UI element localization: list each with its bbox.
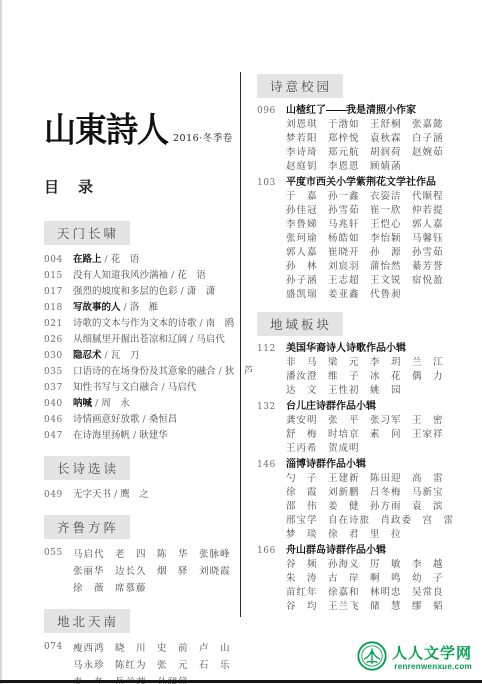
page-number: 103 [257,176,279,190]
separator: / [133,428,136,443]
page-number: 047 [44,429,65,444]
toc-entry: 040 呐喊 / 周 永 [44,396,240,412]
toc-entry: 004 在路上 / 花 语 [44,252,240,268]
toc-entry: 015 没有人知道我风沙满袖 / 花 语 [44,268,240,284]
author-row: 瘦西鸿 晓 川 史 前 卢 山 [73,640,231,657]
page-number: 030 [44,349,65,364]
page-number: 096 [257,104,279,118]
entry-title: 在诗海里扬帆 [73,428,130,443]
page-number: 146 [257,458,279,472]
author-row: 潘汝澄 维 子 冰 花 偶 力 [286,370,471,384]
author-row: 邢宝学 自在诗旅 肖政委 宫 雷 [286,514,471,528]
toc-entry: 132 台儿庄诗群作品小辑 [257,400,471,414]
toc-entry: 018 写故事的人 / 洛 雁 [44,300,240,316]
entry-title: 口语诗的在场身份及其意象的融合 [73,364,216,379]
author-group: 055 马启代 老 四 陈 华 张脉峰 张丽华 边长久 烟 驿 刘晓霞 徐 薇 … [44,546,240,597]
author-row: 张丽华 边长久 烟 驿 刘晓霞 [73,563,231,580]
section-header-changshi-xuandu: 长诗选读 [44,456,130,480]
entry-title: 诗歌的文本与作为文本的诗歌 [73,316,197,331]
page-number: 132 [257,400,279,414]
author-row: 邵 伟 姜 健 孙方雨 袁 滨 [286,500,471,514]
page-number: 166 [257,544,279,558]
author-row: 龚安明 张 平 张习军 王 密 [286,414,471,428]
section-header-qilu-fangzhen: 齐鲁方阵 [44,515,130,539]
author-rows: 刘恩琪 于渤如 王舒桐 张嘉懿 梦若阳 郑梓悦 袁秋霖 白子涵 李诗琦 郑元航 … [286,118,471,174]
entry-title: 舟山群岛诗群作品小辑 [286,544,386,558]
section-header-diyu-bankuai: 地域板块 [257,312,343,336]
toc-entry: 166 舟山群岛诗群作品小辑 [257,544,471,558]
author-row: 非 马 梁 元 李 玥 兰 江 [286,356,471,370]
entry-title: 没有人知道我风沙满袖 [73,268,168,283]
page-number: 046 [44,413,65,428]
author-row: 张珂瑜 杨皓如 李怡颖 马馨钰 [286,232,471,246]
entry-author: 南 鸥 [206,316,235,331]
section-header-tianmen-changxiao: 天门长啸 [44,221,130,245]
author-row: 马启代 老 四 陈 华 张脉峰 [73,546,231,563]
separator: / [105,252,108,267]
entry-author: 马启代 [196,332,225,347]
author-group: 074 瘦西鸿 晓 川 史 前 卢 山 马永珍 陈红为 张 元 石 乐 麦 冬 … [44,640,240,684]
author-row: 孙 林 刘宸羽 蒲怡然 綦芳誉 [286,260,471,274]
toc-entry: 026 从细腻里开掘出苍凉和辽阔 / 马启代 [44,332,240,348]
right-column: 诗意校园 096 山楂红了——我是清照小作家 刘恩琪 于渤如 王舒桐 张嘉懿 梦… [257,74,471,616]
entry-title: 淄博诗群作品小辑 [286,458,366,472]
entry-author: 桑恒昌 [149,412,178,427]
toc-title: 目 录 [44,176,240,197]
entry-author: 周 永 [101,396,130,411]
separator: / [105,348,108,363]
author-row: 徐 霞 刘新鹏 吕冬梅 马新宝 [286,486,471,500]
author-rows: 于 嘉 孙一鑫 衣姿洁 代顺程 孙佳冠 孙雪茹 崔一欣 仲若提 李鲁娣 马兆轩 … [286,190,471,302]
entry-author: 瓦 刀 [111,348,140,363]
author-row: 李鲁娣 马兆轩 王恺心 郭人嘉 [286,218,471,232]
author-row: 谷 均 王兰飞 储 慧 缪 韬 [286,600,471,614]
entry-author: 马启代 [168,380,197,395]
footer-text: 人人文学网 renrenwenxue.com [392,646,472,671]
page-number: 004 [44,253,65,268]
toc-entry-group: 146 淄博诗群作品小辑 勺 子 王建新 陈田迎 高 雷 徐 霞 刘新鹏 吕冬梅… [257,458,471,542]
page-number: 112 [257,342,279,356]
separator: / [181,284,184,299]
site-name: 人人文学网 [392,646,472,661]
toc-entry-group: 096 山楂红了——我是清照小作家 刘恩琪 于渤如 王舒桐 张嘉懿 梦若阳 郑梓… [257,104,471,174]
author-row: 赵庭钥 李恩恩 顾婧菡 [286,160,471,174]
author-row: 梦 琰 徐 君 里 拉 [286,528,471,542]
toc-entry: 021 诗歌的文本与作为文本的诗歌 / 南 鸥 [44,316,240,332]
toc-entry: 103 平度市西关小学紫荆花文学社作品 [257,176,471,190]
author-rows: 马启代 老 四 陈 华 张脉峰 张丽华 边长久 烟 驿 刘晓霞 徐 薇 席慕藤 [73,546,231,597]
entry-title: 呐喊 [73,396,92,411]
entry-title: 诗情画意好放歌 [73,412,140,427]
toc-page: 山東詩人 2016·冬季卷 目 录 天门长啸 004 在路上 / 花 语 015… [0,0,482,684]
entry-title: 台儿庄诗群作品小辑 [286,400,376,414]
page-number: 026 [44,333,65,348]
author-rows: 勺 子 王建新 陈田迎 高 雷 徐 霞 刘新鹏 吕冬梅 马新宝 邵 伟 姜 健 … [286,472,471,542]
page-number: 015 [44,269,65,284]
toc-entry: 146 淄博诗群作品小辑 [257,458,471,472]
author-row: 谷 频 孙海义 厉 敏 李 越 [286,558,471,572]
toc-entry-group: 166 舟山群岛诗群作品小辑 谷 频 孙海义 厉 敏 李 越 朱 涛 古 岸 啊… [257,544,471,614]
entry-title: 无字天书 [73,487,111,502]
author-row: 于 嘉 孙一鑫 衣姿洁 代顺程 [286,190,471,204]
separator: / [95,396,98,411]
separator: / [190,332,193,347]
entry-title: 美国华裔诗人诗歌作品小辑 [286,342,406,356]
toc-entry: 047 在诗海里扬帆 / 耿建华 [44,428,240,444]
renren-logo-icon [357,641,387,675]
entry-author: 狄 芦 [225,364,254,379]
page-number: 040 [44,397,65,412]
toc-entry: 096 山楂红了——我是清照小作家 [257,104,471,118]
author-row: 李诗琦 郑元航 胡润荷 赵婉茹 [286,146,471,160]
footer-logo: 人人文学网 renrenwenxue.com [357,641,472,675]
author-row: 徐 薇 席慕藤 [73,580,231,597]
separator: / [114,487,117,502]
entry-title: 山楂红了——我是清照小作家 [286,104,416,118]
page-number: 021 [44,317,65,332]
entry-author: 潇 潇 [187,284,216,299]
entry-author: 耿建华 [139,428,168,443]
author-row: 刘恩琪 于渤如 王舒桐 张嘉懿 [286,118,471,132]
entry-author: 洛 雁 [130,300,159,315]
page-number: 037 [44,381,65,396]
separator: / [171,268,174,283]
separator: / [143,412,146,427]
author-row: 孙佳冠 孙雪茹 崔一欣 仲若提 [286,204,471,218]
toc-entry-group: 112 美国华裔诗人诗歌作品小辑 非 马 梁 元 李 玥 兰 江 潘汝澄 维 子… [257,342,471,398]
entry-title: 知性书写与文白融合 [73,380,159,395]
toc-entry: 017 强烈的坡度和多层的色彩 / 潇 潇 [44,284,240,300]
entry-title: 隐忍术 [73,348,102,363]
author-row: 梦若阳 郑梓悦 袁秋霖 白子涵 [286,132,471,146]
edition-label: 2016·冬季卷 [173,130,233,146]
scan-edge [0,0,3,684]
author-row: 马永珍 陈红为 张 元 石 乐 [73,657,231,674]
page-number: 055 [44,546,65,561]
author-row: 舒 梅 时培京 素 问 王家祥 [286,428,471,442]
author-row: 朱 涛 古 岸 啊 鸣 幼 子 [286,572,471,586]
column-divider [240,72,241,617]
entry-title: 在路上 [73,252,102,267]
magazine-logo: 山東詩人 [44,113,168,147]
author-rows: 谷 频 孙海义 厉 敏 李 越 朱 涛 古 岸 啊 鸣 幼 子 苗红年 徐嘉和 … [286,558,471,614]
toc-entry: 049 无字天书 / 鹰 之 [44,487,240,503]
toc-entry: 030 隐忍术 / 瓦 刀 [44,348,240,364]
author-rows: 龚安明 张 平 张习军 王 密 舒 梅 时培京 素 问 王家祥 王丙希 贺成明 [286,414,471,456]
entry-author: 花 语 [111,252,140,267]
toc-entry: 037 知性书写与文白融合 / 马启代 [44,380,240,396]
author-row: 郭人嘉 崔晓开 孙 源 孙雪茹 [286,246,471,260]
toc-entry: 046 诗情画意好放歌 / 桑恒昌 [44,412,240,428]
section-header-dibei-tiannan: 地北天南 [44,609,130,633]
toc-entry-group: 132 台儿庄诗群作品小辑 龚安明 张 平 张习军 王 密 舒 梅 时培京 素 … [257,400,471,456]
left-column: 山東詩人 2016·冬季卷 目 录 天门长啸 004 在路上 / 花 语 015… [44,100,240,684]
author-row: 苗红年 徐嘉和 林明忠 吴常良 [286,586,471,600]
bottom-rule [0,680,482,683]
page-number: 018 [44,301,65,316]
author-row: 勺 子 王建新 陈田迎 高 雷 [286,472,471,486]
entry-title: 从细腻里开掘出苍凉和辽阔 [73,332,187,347]
separator: / [200,316,203,331]
entry-author: 鹰 之 [120,487,149,502]
separator: / [162,380,165,395]
entry-title: 强烈的坡度和多层的色彩 [73,284,178,299]
page-number: 049 [44,488,65,503]
brand: 山東詩人 2016·冬季卷 [44,100,240,146]
page-number: 035 [44,365,65,380]
site-url: renrenwenxue.com [392,663,472,671]
page-number: 074 [44,640,65,655]
author-row: 达 文 王性初 姚 园 [286,384,471,398]
toc-entry-group: 103 平度市西关小学紫荆花文学社作品 于 嘉 孙一鑫 衣姿洁 代顺程 孙佳冠 … [257,176,471,302]
author-rows: 瘦西鸿 晓 川 史 前 卢 山 马永珍 陈红为 张 元 石 乐 麦 冬 岳兰茜 … [73,640,231,684]
author-rows: 非 马 梁 元 李 玥 兰 江 潘汝澄 维 子 冰 花 偶 力 达 文 王性初 … [286,356,471,398]
page-number: 017 [44,285,65,300]
entry-author: 花 语 [177,268,206,283]
author-row: 王丙希 贺成明 [286,442,471,456]
separator: / [124,300,127,315]
entry-title: 平度市西关小学紫荆花文学社作品 [286,176,436,190]
author-row: 盛凯瑞 姜亚鑫 代鲁昶 [286,288,471,302]
author-row: 孙子涵 王志超 王文锐 宿悦盈 [286,274,471,288]
toc-entry: 035 口语诗的在场身份及其意象的融合 / 狄 芦 [44,364,240,380]
toc-entry: 112 美国华裔诗人诗歌作品小辑 [257,342,471,356]
section-header-shiyi-xiaoyuan: 诗意校园 [257,74,343,98]
entry-title: 写故事的人 [73,300,121,315]
separator: / [219,364,222,379]
